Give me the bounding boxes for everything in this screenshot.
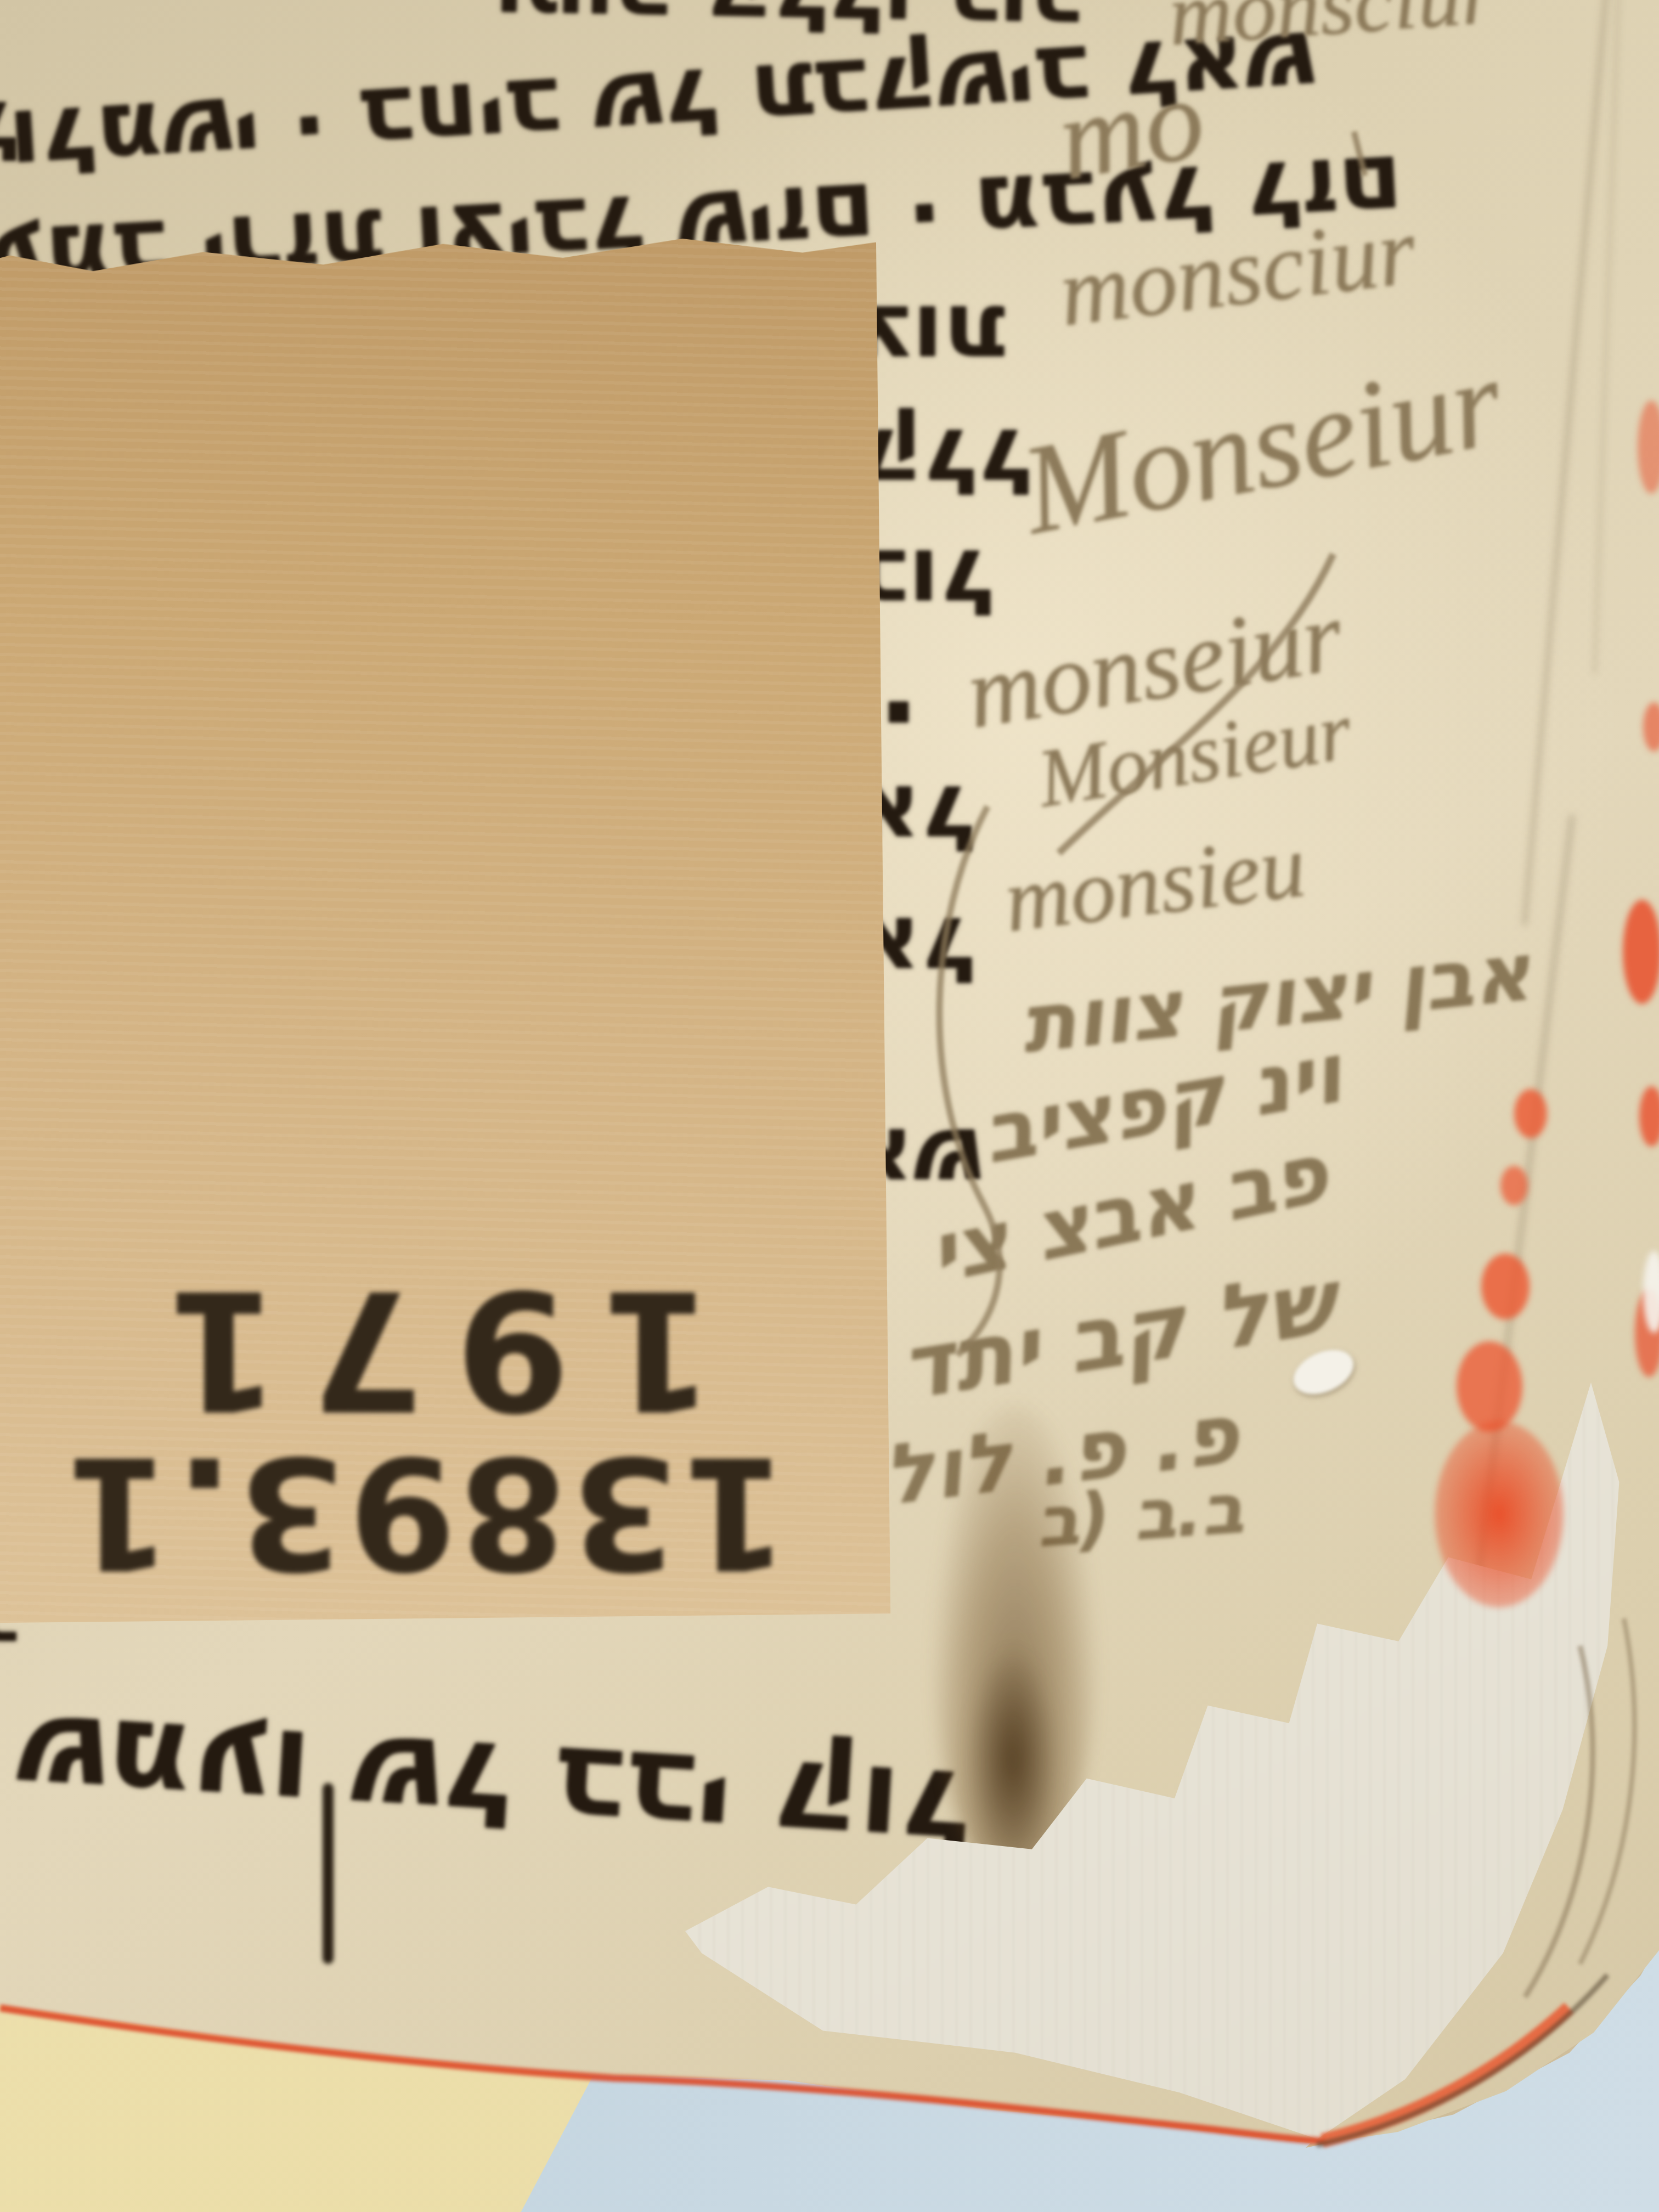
- label-line-shelfmark: 13893.1: [32, 1433, 817, 1591]
- red-sprinkle: [1481, 1254, 1530, 1319]
- library-label: 13893.1 1971: [0, 231, 890, 1623]
- ink-descender-stroke: [323, 1783, 334, 1964]
- red-sprinkle: [1514, 1089, 1547, 1138]
- hebrew-fragment-dot: ·: [878, 647, 919, 775]
- hebrew-fragment: קלל: [856, 409, 1032, 514]
- red-sprinkle: [1500, 1166, 1528, 1205]
- photograph-manuscript-corner: וטיה קללן ביב ולמשי · בחיב של תבקשיב לאש…: [0, 0, 1659, 2212]
- red-edge-spot: [1623, 900, 1659, 1004]
- red-blotch: [1435, 1421, 1564, 1607]
- label-line-year: 1971: [32, 1265, 817, 1433]
- label-shelfmark: 13893.1 1971: [32, 1240, 817, 1591]
- hebrew-fragment-left: ל: [0, 82, 20, 178]
- pen-trial-mo: mo: [1048, 49, 1214, 208]
- red-sprinkle: [1457, 1341, 1522, 1432]
